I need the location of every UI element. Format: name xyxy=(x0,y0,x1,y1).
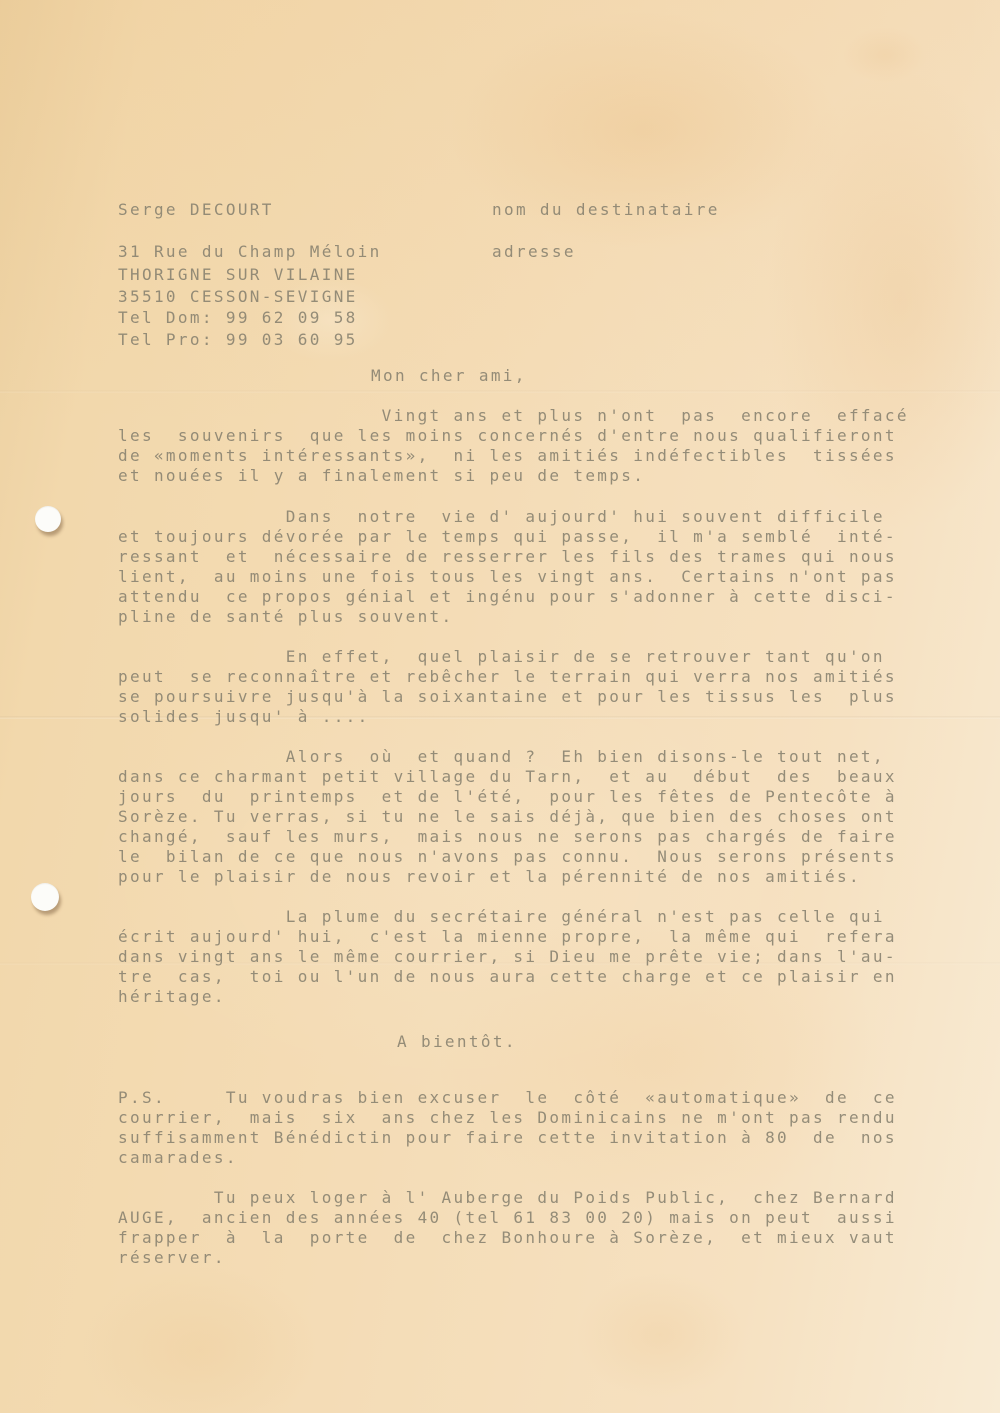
paper-crease-upper xyxy=(0,390,1000,393)
paragraph-4: Alors où et quand ? Eh bien disons-le to… xyxy=(118,747,897,887)
punch-hole-top xyxy=(35,506,61,532)
recipient-name-label: nom du destinataire xyxy=(492,200,720,220)
recipient-address-label: adresse xyxy=(492,242,576,262)
sender-name: Serge DECOURT xyxy=(118,200,274,220)
closing: A bientôt. xyxy=(397,1032,517,1052)
postscript: P.S. Tu voudras bien excuser le côté «au… xyxy=(118,1088,897,1168)
lodging-note: Tu peux loger à l' Auberge du Poids Publ… xyxy=(118,1188,897,1268)
letter-page: Serge DECOURT nom du destinataire 31 Rue… xyxy=(0,0,1000,1413)
paragraph-1: Vingt ans et plus n'ont pas encore effac… xyxy=(118,406,909,486)
punch-hole-bottom xyxy=(31,883,59,911)
paragraph-5: La plume du secrétaire général n'est pas… xyxy=(118,907,897,1007)
salutation: Mon cher ami, xyxy=(371,366,527,386)
sender-city-tel-block: THORIGNE SUR VILAINE 35510 CESSON-SEVIGN… xyxy=(118,264,358,351)
paragraph-2: Dans notre vie d' aujourd' hui souvent d… xyxy=(118,507,897,627)
sender-street: 31 Rue du Champ Méloin xyxy=(118,242,382,262)
paragraph-3: En effet, quel plaisir de se retrouver t… xyxy=(118,647,897,727)
